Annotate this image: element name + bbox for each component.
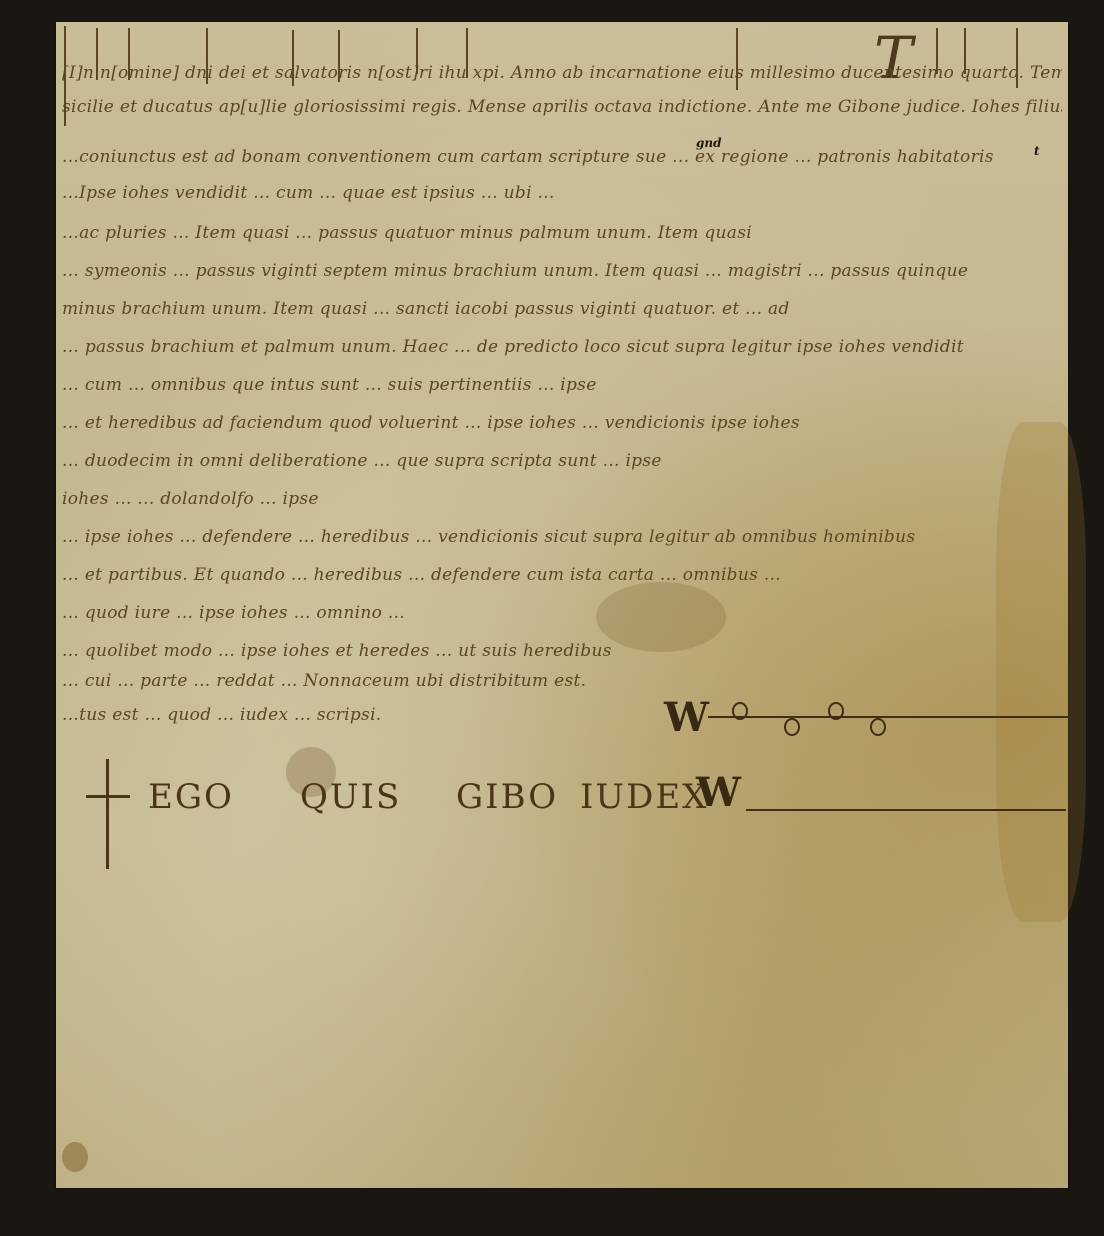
flourish-loop (732, 702, 748, 720)
interlinear-gloss: gnd (696, 136, 722, 150)
text-line: ... et partibus. Et quando ... heredibus… (62, 564, 1062, 586)
judge-monogram: W (696, 769, 741, 816)
text-line: ...coniunctus est ad bonam conventionem … (62, 146, 1062, 168)
text-line: sicilie et ducatus ap[u]lie gloriosissim… (62, 96, 1062, 118)
text-line: ...tus est ... quod ... iudex ... scrips… (62, 704, 642, 726)
text-line: ... cum ... omnibus que intus sunt ... s… (62, 374, 1062, 396)
text-line: [I]n n[omine] dni dei et salvatoris n[os… (62, 62, 1062, 84)
flourish-rule (708, 716, 1068, 718)
signature-ego: EGO (148, 777, 234, 817)
interlinear-gloss: t (1034, 144, 1040, 158)
text-line: ...Ipse iohes vendidit ... cum ... quae … (62, 182, 1062, 204)
text-line: iohes ... ... dolandolfo ... ipse (62, 488, 1062, 510)
signature-gibo: GIBO (456, 777, 558, 817)
text-line: ... quolibet modo ... ipse iohes et here… (62, 640, 1062, 662)
signature-iudex: IUDEX (580, 777, 708, 817)
text-line: minus brachium unum. Item quasi ... sanc… (62, 298, 1062, 320)
cross-icon (86, 795, 130, 798)
parchment-sheet: T [I]n n[omine] dni dei et salvatoris n[… (56, 22, 1068, 1188)
text-line: ... symeonis ... passus viginti septem m… (62, 260, 1062, 282)
corner-stain (62, 1142, 88, 1172)
text-line: ... et heredibus ad faciendum quod volue… (62, 412, 1062, 434)
flourish-loop (870, 718, 886, 736)
text-line: ... passus brachium et palmum unum. Haec… (62, 336, 1062, 358)
notary-monogram: W (664, 694, 709, 741)
signature-rule (746, 809, 1066, 811)
cross-icon (106, 759, 109, 869)
text-line: ... cui ... parte ... reddat ... Nonnace… (62, 670, 1062, 692)
text-line: ...ac pluries ... Item quasi ... passus … (62, 222, 1062, 244)
text-line: ... quod iure ... ipse iohes ... omnino … (62, 602, 1062, 624)
signature-quis: QUIS (300, 777, 401, 817)
signature-row: EGO QUIS GIBO IUDEX W (56, 757, 1068, 847)
text-line: ... duodecim in omni deliberatione ... q… (62, 450, 1062, 472)
text-line: ... ipse iohes ... defendere ... heredib… (62, 526, 1062, 548)
flourish-loop (828, 702, 844, 720)
flourish-loop (784, 718, 800, 736)
